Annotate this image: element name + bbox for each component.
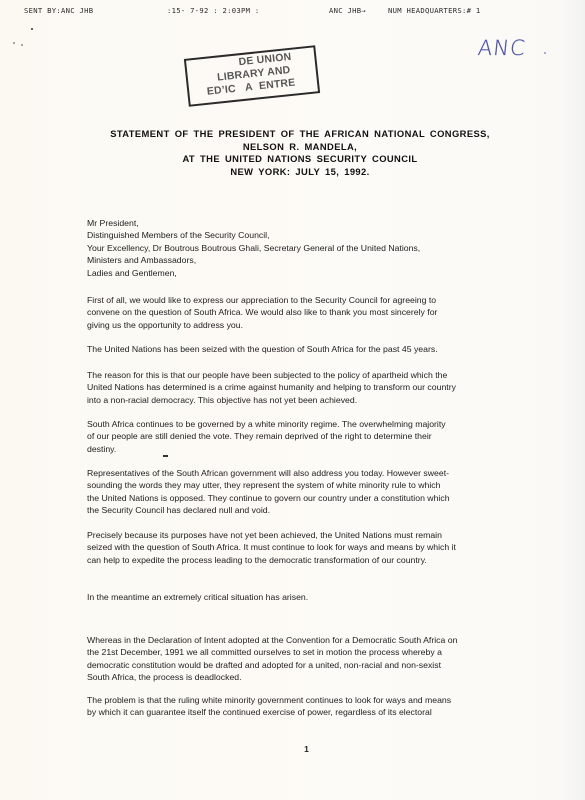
paragraph-line: giving us the opportunity to address you… <box>87 319 522 331</box>
paragraph: Precisely because its purposes have not … <box>87 529 522 566</box>
paragraph-line: South Africa, the process is deadlocked. <box>87 671 522 683</box>
title-line-1: STATEMENT OF THE PRESIDENT OF THE AFRICA… <box>80 128 520 141</box>
paragraph-line: can help to expedite the process leading… <box>87 554 522 566</box>
paragraph-line: destiny. <box>87 443 522 455</box>
fax-from: ANC JHB→ <box>329 6 366 15</box>
fax-page: SENT BY:ANC JHB :15- 7-92 : 2:03PM : ANC… <box>0 0 585 800</box>
paragraph-line: the United Nations is opposed. They cont… <box>87 492 522 504</box>
paragraph-line: Representatives of the South African gov… <box>87 467 522 479</box>
paragraph-line: Whereas in the Declaration of Intent ado… <box>87 634 522 646</box>
fax-date-time: :15- 7-92 : 2:03PM : <box>167 6 260 15</box>
paragraph-line: the 21st December, 1991 we all committed… <box>87 646 522 658</box>
page-number: 1 <box>0 744 585 754</box>
paragraph-line: into a non-racial democracy. This object… <box>87 394 522 406</box>
paragraph-line: of our people are still denied the vote.… <box>87 430 522 442</box>
paragraph-line: seized with the question of South Africa… <box>87 541 522 553</box>
paragraph-line: by which it can guarantee itself the con… <box>87 706 522 718</box>
paragraph: First of all, we would like to express o… <box>87 294 522 331</box>
scan-speck <box>21 44 23 46</box>
fax-to: NUM HEADQUARTERS:# 1 <box>388 6 481 15</box>
paragraph-line: South Africa continues to be governed by… <box>87 418 522 430</box>
salutation-line: Mr President, <box>87 217 522 229</box>
handwritten-annotation: ANC <box>477 36 527 60</box>
salutation-line: Distinguished Members of the Security Co… <box>87 229 522 241</box>
scan-speck <box>31 28 33 30</box>
handwritten-dot <box>544 52 546 54</box>
paragraph-line: sounding the words they may utter, they … <box>87 479 522 491</box>
paragraph-line: The United Nations has been seized with … <box>87 343 522 355</box>
paragraph-line: convene on the question of South Africa.… <box>87 306 522 318</box>
salutation-line: Your Excellency, Dr Boutrous Boutrous Gh… <box>87 242 522 254</box>
fax-transmission-header: SENT BY:ANC JHB :15- 7-92 : 2:03PM : ANC… <box>0 6 585 18</box>
salutation-block: Mr President, Distinguished Members of t… <box>87 217 522 279</box>
paragraph-line: First of all, we would like to express o… <box>87 294 522 306</box>
title-line-2: NELSON R. MANDELA, <box>80 141 520 154</box>
paragraph: Representatives of the South African gov… <box>87 467 522 517</box>
paragraph-line: The reason for this is that our people h… <box>87 369 522 381</box>
paragraph: In the meantime an extremely critical si… <box>87 591 522 603</box>
paragraph-line: United Nations has determined is a crime… <box>87 381 522 393</box>
paragraph: Whereas in the Declaration of Intent ado… <box>87 634 522 684</box>
fax-sent-by: SENT BY:ANC JHB <box>24 6 93 15</box>
library-stamp: DE UNION LIBRARY AND EDʼIC A ENTRE <box>184 45 320 107</box>
scan-speck <box>13 42 15 44</box>
salutation-line: Ladies and Gentlemen, <box>87 267 522 279</box>
title-line-3: AT THE UNITED NATIONS SECURITY COUNCIL <box>80 153 520 166</box>
scan-mark <box>163 455 168 457</box>
paragraph-line: the Security Council has declared null a… <box>87 504 522 516</box>
document-title: STATEMENT OF THE PRESIDENT OF THE AFRICA… <box>80 128 520 178</box>
salutation-line: Ministers and Ambassadors, <box>87 254 522 266</box>
paragraph: The reason for this is that our people h… <box>87 369 522 406</box>
paragraph: The problem is that the ruling white min… <box>87 694 522 719</box>
paragraph: The United Nations has been seized with … <box>87 343 522 355</box>
paragraph-line: Precisely because its purposes have not … <box>87 529 522 541</box>
title-line-4: NEW YORK: JULY 15, 1992. <box>80 166 520 179</box>
paragraph-line: In the meantime an extremely critical si… <box>87 591 522 603</box>
paragraph-line: democratic constitution would be drafted… <box>87 659 522 671</box>
paragraph-line: The problem is that the ruling white min… <box>87 694 522 706</box>
paragraph: South Africa continues to be governed by… <box>87 418 522 455</box>
